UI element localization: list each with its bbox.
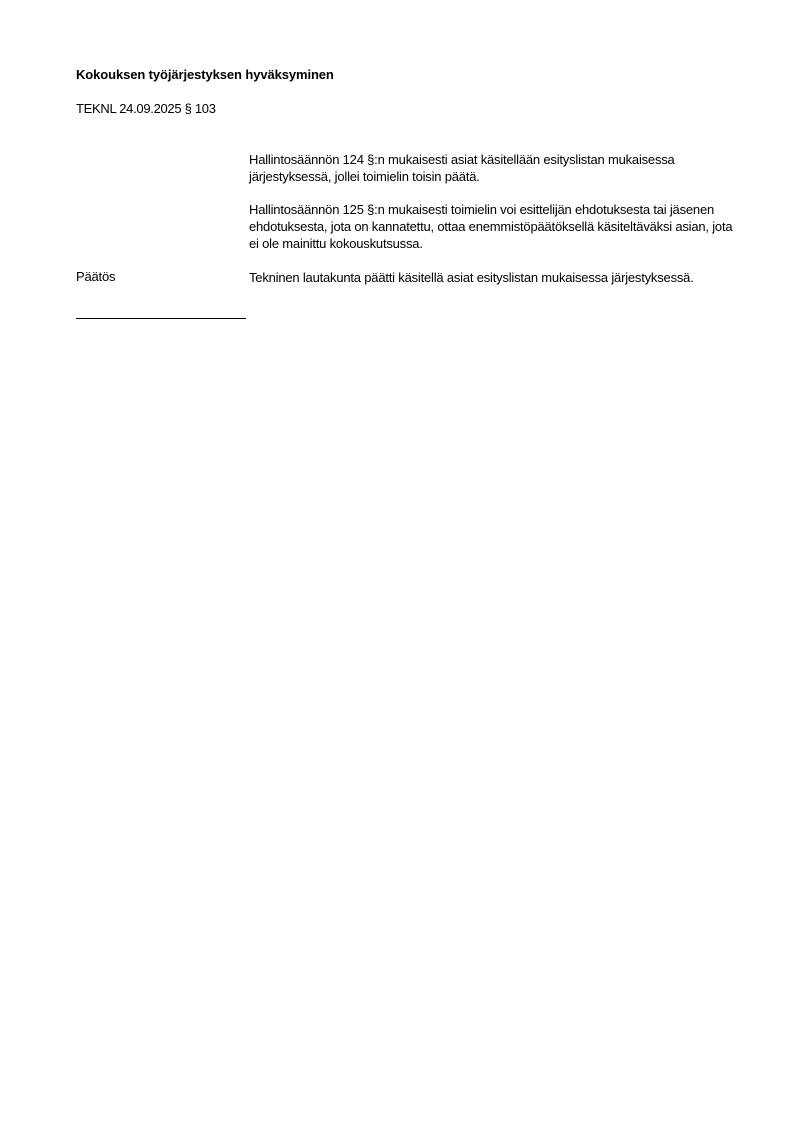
paragraph-rule-125: Hallintosäännön 125 §:n mukaisesti toimi… — [249, 201, 739, 252]
decision-text: Tekninen lautakunta päätti käsitellä asi… — [249, 269, 739, 286]
section-title: Kokouksen työjärjestyksen hyväksyminen — [76, 67, 334, 82]
meeting-reference: TEKNL 24.09.2025 § 103 — [76, 101, 216, 116]
section-divider — [76, 318, 246, 319]
decision-label: Päätös — [76, 269, 115, 284]
paragraph-rule-124: Hallintosäännön 124 §:n mukaisesti asiat… — [249, 151, 739, 185]
